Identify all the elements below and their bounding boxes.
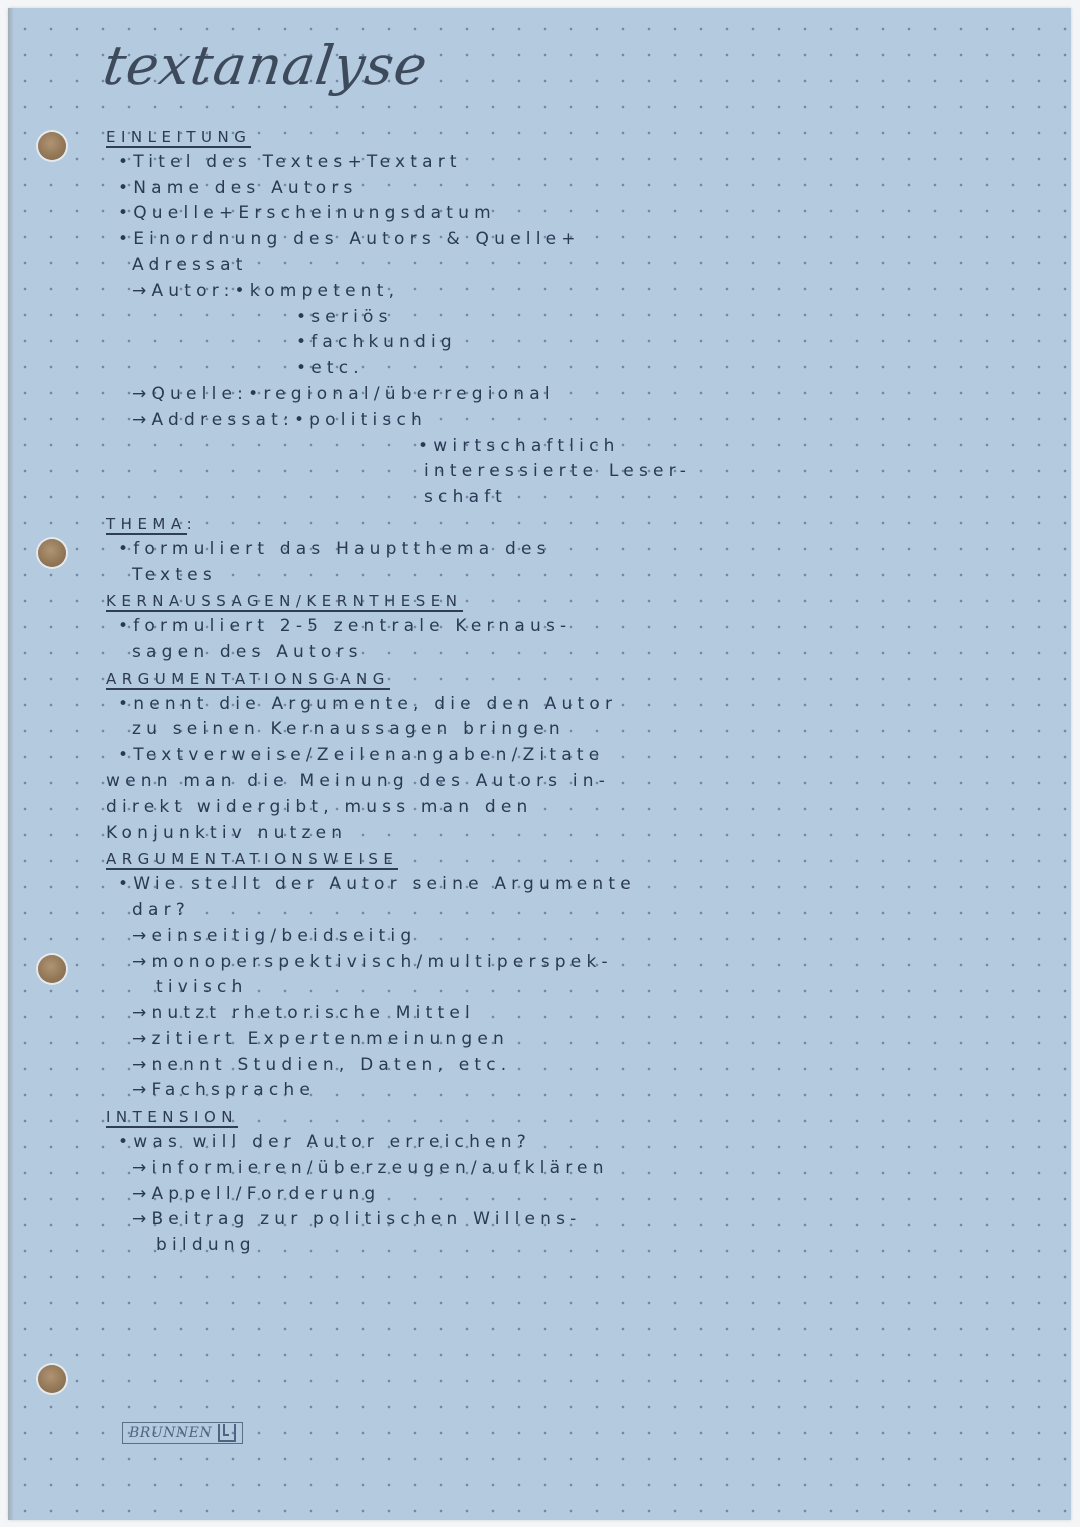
note-line: •was will der Autor erreichen? [106, 1130, 1056, 1156]
note-line: •nennt die Argumente, die den Autor [106, 692, 1056, 718]
note-line: bildung [106, 1233, 1056, 1259]
note-line: direkt widergibt, muss man den [106, 795, 1056, 821]
heading-thema: THEMA [106, 515, 187, 535]
note-line: dar? [106, 898, 1056, 924]
brand-name: BRUNNEN [129, 1425, 212, 1441]
punch-hole [38, 955, 66, 983]
heading-argumentationsweise: ARGUMENTATIONSWEISE [106, 850, 398, 870]
note-line: →nennt Studien, Daten, etc. [106, 1053, 1056, 1079]
note-line: •formuliert das Hauptthema des [106, 537, 1056, 563]
note-line: Adressat [106, 253, 1056, 279]
note-line: →Quelle:•regional/überregional [106, 382, 1056, 408]
note-line: •wirtschaftlich [106, 434, 1056, 460]
heading-einleitung: EINLEITUNG [106, 128, 251, 148]
note-line: •Wie stellt der Autor seine Argumente [106, 872, 1056, 898]
note-line: Konjunktiv nutzen [106, 821, 1056, 847]
note-line: →Beitrag zur politischen Willens- [106, 1207, 1056, 1233]
note-line: •etc. [106, 356, 1056, 382]
note-line: →Autor:•kompetent, [106, 279, 1056, 305]
heading-kernaussagen: KERNAUSSAGEN/KERNTHESEN [106, 592, 463, 612]
heading-argumentationsgang: ARGUMENTATIONSGANG [106, 670, 390, 690]
note-line: tivisch [106, 975, 1056, 1001]
note-line: →Appell/Forderung [106, 1182, 1056, 1208]
note-line: →zitiert Expertenmeinungen [106, 1027, 1056, 1053]
heading-intension: INTENSION [106, 1108, 238, 1128]
note-line: •fachkundig [106, 330, 1056, 356]
note-line: →einseitig/beidseitig [106, 924, 1056, 950]
note-line: •formuliert 2-5 zentrale Kernaus- [106, 614, 1056, 640]
note-line: →monoperspektivisch/multiperspek- [106, 950, 1056, 976]
heading-suffix: : [187, 515, 197, 533]
note-line: →Addressat:•politisch [106, 408, 1056, 434]
notes-content: EINLEITUNG •Titel des Textes+Textart •Na… [106, 124, 1056, 1259]
brunnen-logo-icon [218, 1424, 236, 1442]
note-line: →nutzt rhetorische Mittel [106, 1001, 1056, 1027]
note-line: interessierte Leser- [106, 459, 1056, 485]
page-title: textanalyse [100, 34, 432, 97]
note-line: Textes [106, 563, 1056, 589]
note-line: →informieren/überzeugen/aufklären [106, 1156, 1056, 1182]
note-line: wenn man die Meinung des Autors in- [106, 769, 1056, 795]
punch-hole [38, 1365, 66, 1393]
note-line: •Name des Autors [106, 176, 1056, 202]
note-line: •Einordnung des Autors & Quelle+ [106, 227, 1056, 253]
note-line: •seriös [106, 305, 1056, 331]
note-line: zu seinen Kernaussagen bringen [106, 717, 1056, 743]
note-line: sagen des Autors [106, 640, 1056, 666]
punch-hole [38, 132, 66, 160]
note-line: •Quelle+Erscheinungsdatum [106, 201, 1056, 227]
note-line: •Textverweise/Zeilenangaben/Zitate [106, 743, 1056, 769]
punch-hole [38, 539, 66, 567]
note-line: schaft [106, 485, 1056, 511]
note-line: •Titel des Textes+Textart [106, 150, 1056, 176]
note-line: →Fachsprache [106, 1078, 1056, 1104]
brand-logo: BRUNNEN [122, 1422, 243, 1444]
